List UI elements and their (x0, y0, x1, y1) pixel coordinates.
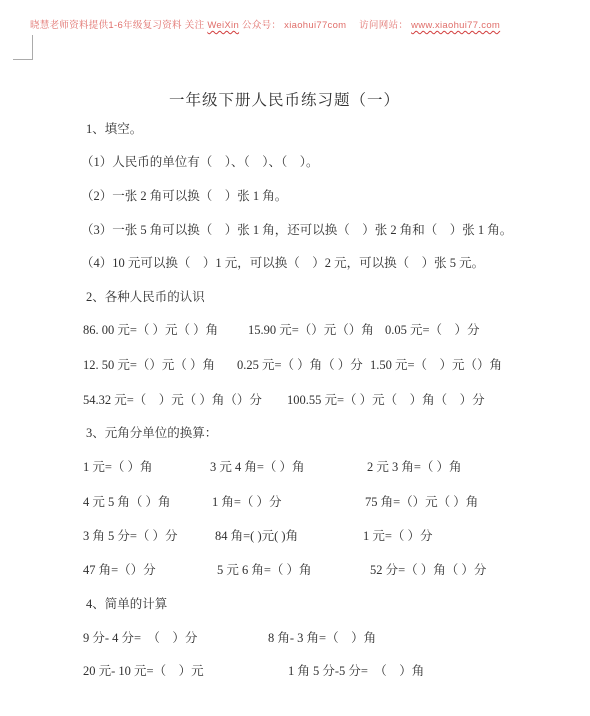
conversion-item: 4 元 5 角（ ）角 (83, 494, 171, 510)
conversion-item: 1 元=（ ）角 (83, 459, 153, 475)
conversion-item: 0.25 元=（ ）角（ ）分 (237, 357, 363, 373)
calculation-item: 9 分- 4 分= （ ）分 (83, 630, 197, 646)
conversion-item: 86. 00 元=（ ）元（ ）角 (83, 322, 218, 338)
conversion-row: 47 角=（）分 5 元 6 角=（ ）角 52 分=（ ）角（ ）分 (0, 562, 590, 580)
margin-corner-mark-horizontal (13, 59, 33, 60)
conversion-item: 3 角 5 分=（ ）分 (83, 528, 178, 544)
conversion-item: 0.05 元=（ ）分 (385, 322, 480, 338)
conversion-item: 75 角=（）元（ ）角 (365, 494, 478, 510)
page-title: 一年级下册人民币练习题（一） (169, 88, 400, 110)
watermark-header: 晓慧老师资料提供1-6年级复习资料 关注 WeiXin 公众号： xiaohui… (30, 20, 570, 32)
question-1-1: （1）人民币的单位有（ ）、（ ）、（ ）。 (81, 154, 590, 172)
conversion-row: 12. 50 元=（）元（ ）角 0.25 元=（ ）角（ ）分 1.50 元=… (0, 357, 590, 375)
section-4-heading: 4、简单的计算 (86, 596, 590, 614)
calculation-row: 9 分- 4 分= （ ）分 8 角- 3 角=（ ）角 (0, 630, 590, 648)
worksheet-page: 晓慧老师资料提供1-6年级复习资料 关注 WeiXin 公众号： xiaohui… (0, 0, 590, 716)
watermark-site-label: 访问网站： (349, 20, 411, 31)
watermark-account-label: 公众号： (242, 20, 284, 31)
calculation-row: 20 元- 10 元=（ ）元 1 角 5 分-5 分= （ ）角 (0, 663, 590, 681)
conversion-item: 3 元 4 角=（ ）角 (210, 459, 305, 475)
question-1-3: （3）一张 5 角可以换（ ）张 1 角，还可以换（ ）张 2 角和（ ）张 1… (81, 222, 590, 240)
conversion-row: 1 元=（ ）角 3 元 4 角=（ ）角 2 元 3 角=（ ）角 (0, 459, 590, 477)
conversion-item: 1 元=（ ）分 (363, 528, 433, 544)
conversion-item: 5 元 6 角=（ ）角 (217, 562, 312, 578)
conversion-item: 54.32 元=（ ）元（ ）角（）分 (83, 392, 262, 408)
watermark-prefix: 晓慧老师资料提供1-6年级复习资料 关注 (30, 20, 204, 31)
conversion-item: 1.50 元=（ ）元（）角 (370, 357, 502, 373)
calculation-item: 8 角- 3 角=（ ）角 (268, 630, 376, 646)
question-1-4: （4）10 元可以换（ ）1 元，可以换（ ）2 元，可以换（ ）张 5 元。 (81, 255, 590, 273)
conversion-item: 52 分=（ ）角（ ）分 (370, 562, 486, 578)
calculation-item: 1 角 5 分-5 分= （ ）角 (288, 663, 424, 679)
conversion-item: 47 角=（）分 (83, 562, 156, 578)
conversion-item: 15.90 元=（）元（）角 (248, 322, 374, 338)
question-1-2: （2）一张 2 角可以换（ ）张 1 角。 (81, 188, 590, 206)
conversion-item: 84 角=( )元( )角 (215, 528, 298, 544)
watermark-account: xiaohui77com (284, 20, 346, 31)
margin-corner-mark-vertical (32, 35, 33, 59)
conversion-row: 54.32 元=（ ）元（ ）角（）分 100.55 元=（ ）元（ ）角（ ）… (0, 392, 590, 410)
conversion-item: 1 角=（ ）分 (212, 494, 282, 510)
watermark-site-url: www.xiaohui77.com (411, 20, 500, 31)
section-2-heading: 2、各种人民币的认识 (86, 289, 590, 307)
conversion-item: 100.55 元=（ ）元（ ）角（ ）分 (287, 392, 485, 408)
section-3-heading: 3、元角分单位的换算： (86, 425, 590, 443)
watermark-weixin: WeiXin (207, 20, 239, 31)
conversion-row: 4 元 5 角（ ）角 1 角=（ ）分 75 角=（）元（ ）角 (0, 494, 590, 512)
conversion-item: 12. 50 元=（）元（ ）角 (83, 357, 215, 373)
calculation-item: 20 元- 10 元=（ ）元 (83, 663, 204, 679)
section-1-heading: 1、填空。 (86, 121, 590, 139)
conversion-row: 86. 00 元=（ ）元（ ）角 15.90 元=（）元（）角 0.05 元=… (0, 322, 590, 340)
conversion-item: 2 元 3 角=（ ）角 (367, 459, 462, 475)
conversion-row: 3 角 5 分=（ ）分 84 角=( )元( )角 1 元=（ ）分 (0, 528, 590, 546)
